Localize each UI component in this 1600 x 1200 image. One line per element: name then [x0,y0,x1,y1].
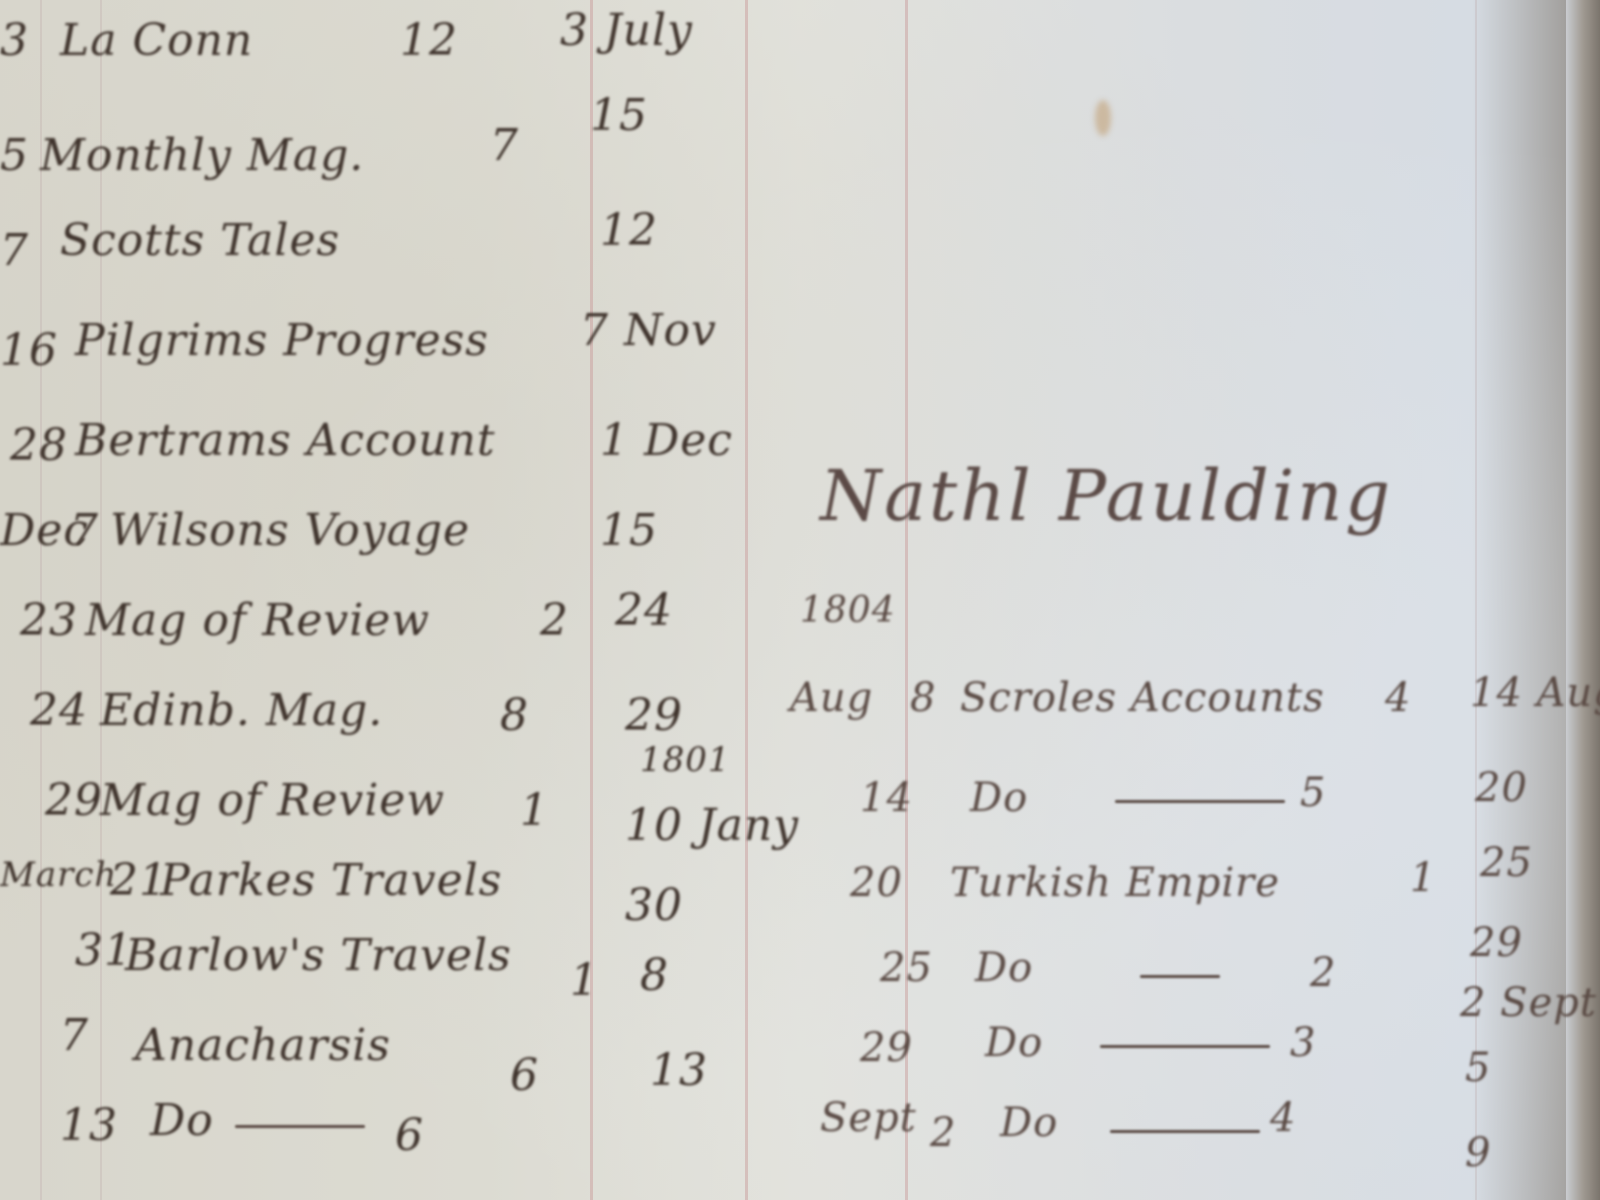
entry-day: 29 [45,775,103,826]
entry-month: March [0,855,117,895]
entry-return: 29 [1470,920,1523,966]
entry-volume: 1 [1410,855,1436,901]
entry-title: Edinb. Mag. [100,685,383,736]
entry-title: Barlow's Travels [125,930,512,981]
entry-day: 2 [930,1110,956,1156]
entry-volume: 2 [540,595,569,646]
entry-title: La Conn [60,15,253,66]
entry-title: Do [985,1020,1043,1066]
year-label: 1804 [800,590,896,631]
column-rule [905,0,908,1200]
entry-return: 2 Sept [1460,980,1597,1026]
entry-day: 25 [880,945,933,991]
entry-volume: 8 [500,690,529,741]
entry-title: Bertrams Account [75,415,496,466]
entry-return: 1 Dec [600,415,733,466]
ditto-dash [1140,975,1220,978]
entry-title: Anacharsis [135,1020,391,1071]
entry-return: 7 Nov [580,305,717,356]
entry-day: 7 [60,1010,89,1061]
entry-day: 13 [60,1100,118,1151]
ditto-dash [235,1125,365,1128]
trailing-return: 9 [1465,1130,1491,1176]
ledger-photo: 3 La Conn 12 3 July 5 Monthly Mag. 7 15 … [0,0,1600,1200]
entry-title: Scroles Accounts [960,675,1325,721]
entry-title: Pilgrims Progress [75,315,489,366]
year-marker: 1801 [640,740,731,780]
entry-volume: 1 [570,955,599,1006]
entry-return: 15 [600,505,658,556]
ditto-dash [1110,1130,1260,1133]
entry-title: Mag of Review [85,595,430,646]
entry-return: 30 [625,880,683,931]
entry-day: 7 [70,505,99,556]
entry-return: 10 Jany [625,800,799,851]
entry-title: Mag of Review [100,775,445,826]
account-holder-heading: Nathl Paulding [820,455,1393,537]
entry-volume: 6 [510,1050,539,1101]
entry-return: 12 [600,205,658,256]
entry-month: Sept [820,1095,917,1141]
entry-day: 7 [0,225,29,276]
entry-volume: 3 [1290,1020,1316,1066]
paper-stain [1095,100,1111,136]
entry-return: 3 July [560,5,693,56]
entry-volume: 5 [1300,770,1326,816]
entry-title: Wilsons Voyage [110,505,470,556]
entry-return: 13 [650,1045,708,1096]
entry-title: Do [970,775,1028,821]
entry-return: 24 [615,585,673,636]
entry-return: 25 [1480,840,1533,886]
entry-day: 8 [910,675,936,721]
entry-return: 5 [1465,1045,1491,1091]
entry-title: Do [150,1095,214,1146]
entry-title: Scotts Tales [60,215,340,266]
entry-title: Monthly Mag. [40,130,364,181]
entry-return: 15 [590,90,648,141]
entry-return: 14 Aug [1470,670,1600,716]
page-margin-rule [745,0,748,1200]
entry-month: Aug [790,675,873,721]
entry-return: 29 [625,690,683,741]
entry-volume: 4 [1385,675,1411,721]
entry-day: 3 [0,15,29,66]
entry-volume: 12 [400,15,458,66]
entry-day: 28 [10,420,68,471]
entry-return: 8 [640,950,669,1001]
column-rule [590,0,593,1200]
entry-title: Parkes Travels [160,855,502,906]
entry-volume: 4 [1270,1095,1296,1141]
ditto-dash [1100,1045,1270,1048]
entry-day: 20 [850,860,903,906]
entry-return: 20 [1475,765,1528,811]
entry-volume: 7 [490,120,519,171]
entry-title: Turkish Empire [950,860,1280,906]
ditto-dash [1115,800,1285,803]
entry-title: Do [975,945,1033,991]
entry-volume: 1 [520,785,549,836]
entry-day: 14 [860,775,913,821]
entry-volume: 6 [395,1110,424,1161]
entry-title: Do [1000,1100,1058,1146]
entry-day: 16 [0,325,58,376]
entry-day: 23 [20,595,78,646]
entry-day: 5 [0,130,29,181]
entry-day: 29 [860,1025,913,1071]
entry-volume: 2 [1310,950,1336,996]
entry-day: 24 [30,685,88,736]
